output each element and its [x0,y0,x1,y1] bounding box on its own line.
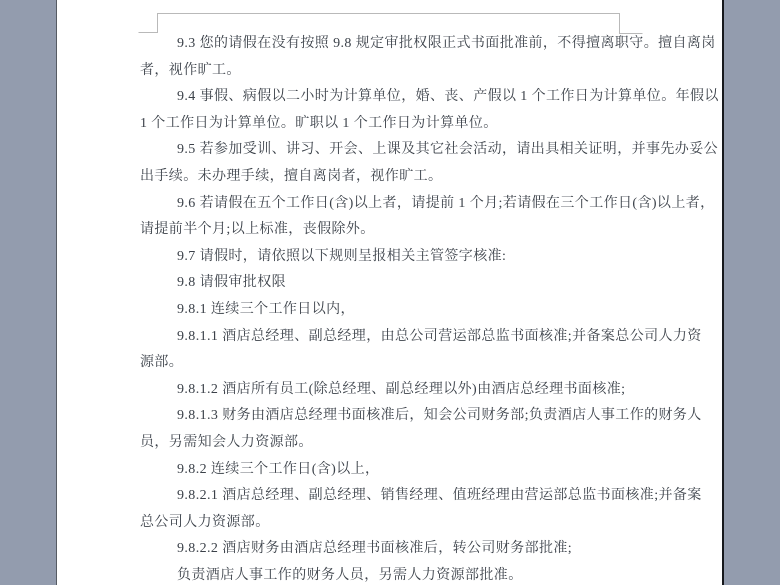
document-line: 9.8 请假审批权限 [140,270,660,297]
document-line: 源部。 [140,350,660,377]
document-page[interactable]: 9.3 您的请假在没有按照 9.8 规定审批权限正式书面批准前，不得擅离职守。擅… [56,0,724,585]
document-text: 9.3 您的请假在没有按照 9.8 规定审批权限正式书面批准前，不得擅离职守。擅… [140,31,660,585]
document-line: 9.8.2.2 酒店财务由酒店总经理书面核准后，转公司财务部批准; [140,536,660,563]
document-line: 9.8.2 连续三个工作日(含)以上， [140,457,660,484]
document-line: 9.3 您的请假在没有按照 9.8 规定审批权限正式书面批准前，不得擅离职守。擅… [140,31,660,58]
document-line: 1 个工作日为计算单位。旷职以 1 个工作日为计算单位。 [140,111,660,138]
document-line: 出手续。未办理手续，擅自离岗者，视作旷工。 [140,164,660,191]
document-line: 员，另需知会人力资源部。 [140,430,660,457]
document-line: 总公司人力资源部。 [140,510,660,537]
document-line: 9.8.1 连续三个工作日以内， [140,297,660,324]
document-line: 9.6 若请假在五个工作日(含)以上者，请提前 1 个月;若请假在三个工作日(含… [140,191,660,218]
document-line: 9.8.2.1 酒店总经理、副总经理、销售经理、值班经理由营运部总监书面核准;并… [140,483,660,510]
document-viewer: 9.3 您的请假在没有按照 9.8 规定审批权限正式书面批准前，不得擅离职守。擅… [0,0,780,585]
document-line: 9.7 请假时，请依照以下规则呈报相关主管签字核准: [140,244,660,271]
document-line: 请提前半个月;以上标准，丧假除外。 [140,217,660,244]
document-line: 9.5 若参加受训、讲习、开会、上课及其它社会活动，请出具相关证明，并事先办妥公 [140,137,660,164]
document-line: 9.4 事假、病假以二小时为计算单位，婚、丧、产假以 1 个工作日为计算单位。年… [140,84,660,111]
document-line: 负责酒店人事工作的财务人员，另需人力资源部批准。 [140,563,660,585]
document-line: 9.8.1.3 财务由酒店总经理书面核准后，知会公司财务部;负责酒店人事工作的财… [140,403,660,430]
document-line: 9.8.1.1 酒店总经理、副总经理，由总公司营运部总监书面核准;并备案总公司人… [140,324,660,351]
document-line: 者，视作旷工。 [140,58,660,85]
document-line: 9.8.1.2 酒店所有员工(除总经理、副总经理以外)由酒店总经理书面核准; [140,377,660,404]
